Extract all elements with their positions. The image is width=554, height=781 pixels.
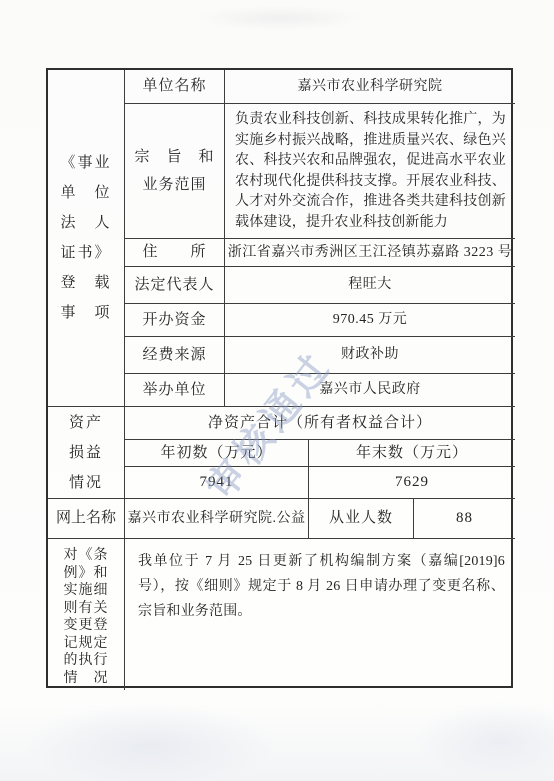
opening-capital-value: 970.45 万元 — [225, 304, 515, 337]
start-of-year-value: 7941 — [125, 467, 309, 499]
end-of-year-value: 7629 — [309, 467, 515, 499]
certificate-section-heading: 《事业 单 位 法 人 证书》 登 载 事 项 — [48, 70, 125, 407]
staff-count-value: 88 — [414, 499, 515, 539]
registration-table: 《事业 单 位 法 人 证书》 登 载 事 项 单位名称 嘉兴市农业科学研究院 … — [46, 68, 513, 688]
compliance-section-heading: 对《条 例》和 实施细 则有关 变更登 记规定 的执行 情 况 — [48, 539, 125, 690]
online-name-value: 嘉兴市农业科学研究院.公益 — [125, 499, 309, 539]
unit-name-label: 单位名称 — [125, 70, 225, 104]
sponsor-unit-label: 举办单位 — [125, 374, 225, 407]
end-of-year-header: 年末数（万元） — [309, 440, 515, 467]
online-name-label: 网上名称 — [48, 499, 125, 539]
legal-representative-label: 法定代表人 — [125, 267, 225, 304]
start-of-year-header: 年初数（万元） — [125, 440, 309, 467]
unit-name-value: 嘉兴市农业科学研究院 — [225, 70, 515, 104]
purpose-scope-label: 宗 旨 和 业务范围 — [125, 104, 225, 239]
staff-count-label: 从业人数 — [309, 499, 414, 539]
scanned-registration-form: 《事业 单 位 法 人 证书》 登 载 事 项 单位名称 嘉兴市农业科学研究院 … — [0, 0, 554, 781]
funding-source-value: 财政补助 — [225, 337, 515, 374]
address-label: 住 所 — [125, 239, 225, 267]
compliance-section-content: 我单位于 7 月 25 日更新了机构编制方案（嘉编[2019]6 号），按《细则… — [125, 539, 515, 690]
sponsor-unit-value: 嘉兴市人民政府 — [225, 374, 515, 407]
net-assets-title: 净资产合计（所有者权益合计） — [125, 407, 515, 440]
legal-representative-value: 程旺大 — [225, 267, 515, 304]
opening-capital-label: 开办资金 — [125, 304, 225, 337]
address-value: 浙江省嘉兴市秀洲区王江泾镇苏嘉路 3223 号 — [225, 239, 515, 267]
funding-source-label: 经费来源 — [125, 337, 225, 374]
purpose-scope-value: 负责农业科技创新、科技成果转化推广，为实施乡村振兴战略，推进质量兴农、绿色兴农、… — [225, 104, 515, 239]
assets-section-heading: 资产 损益 情况 — [48, 407, 125, 499]
